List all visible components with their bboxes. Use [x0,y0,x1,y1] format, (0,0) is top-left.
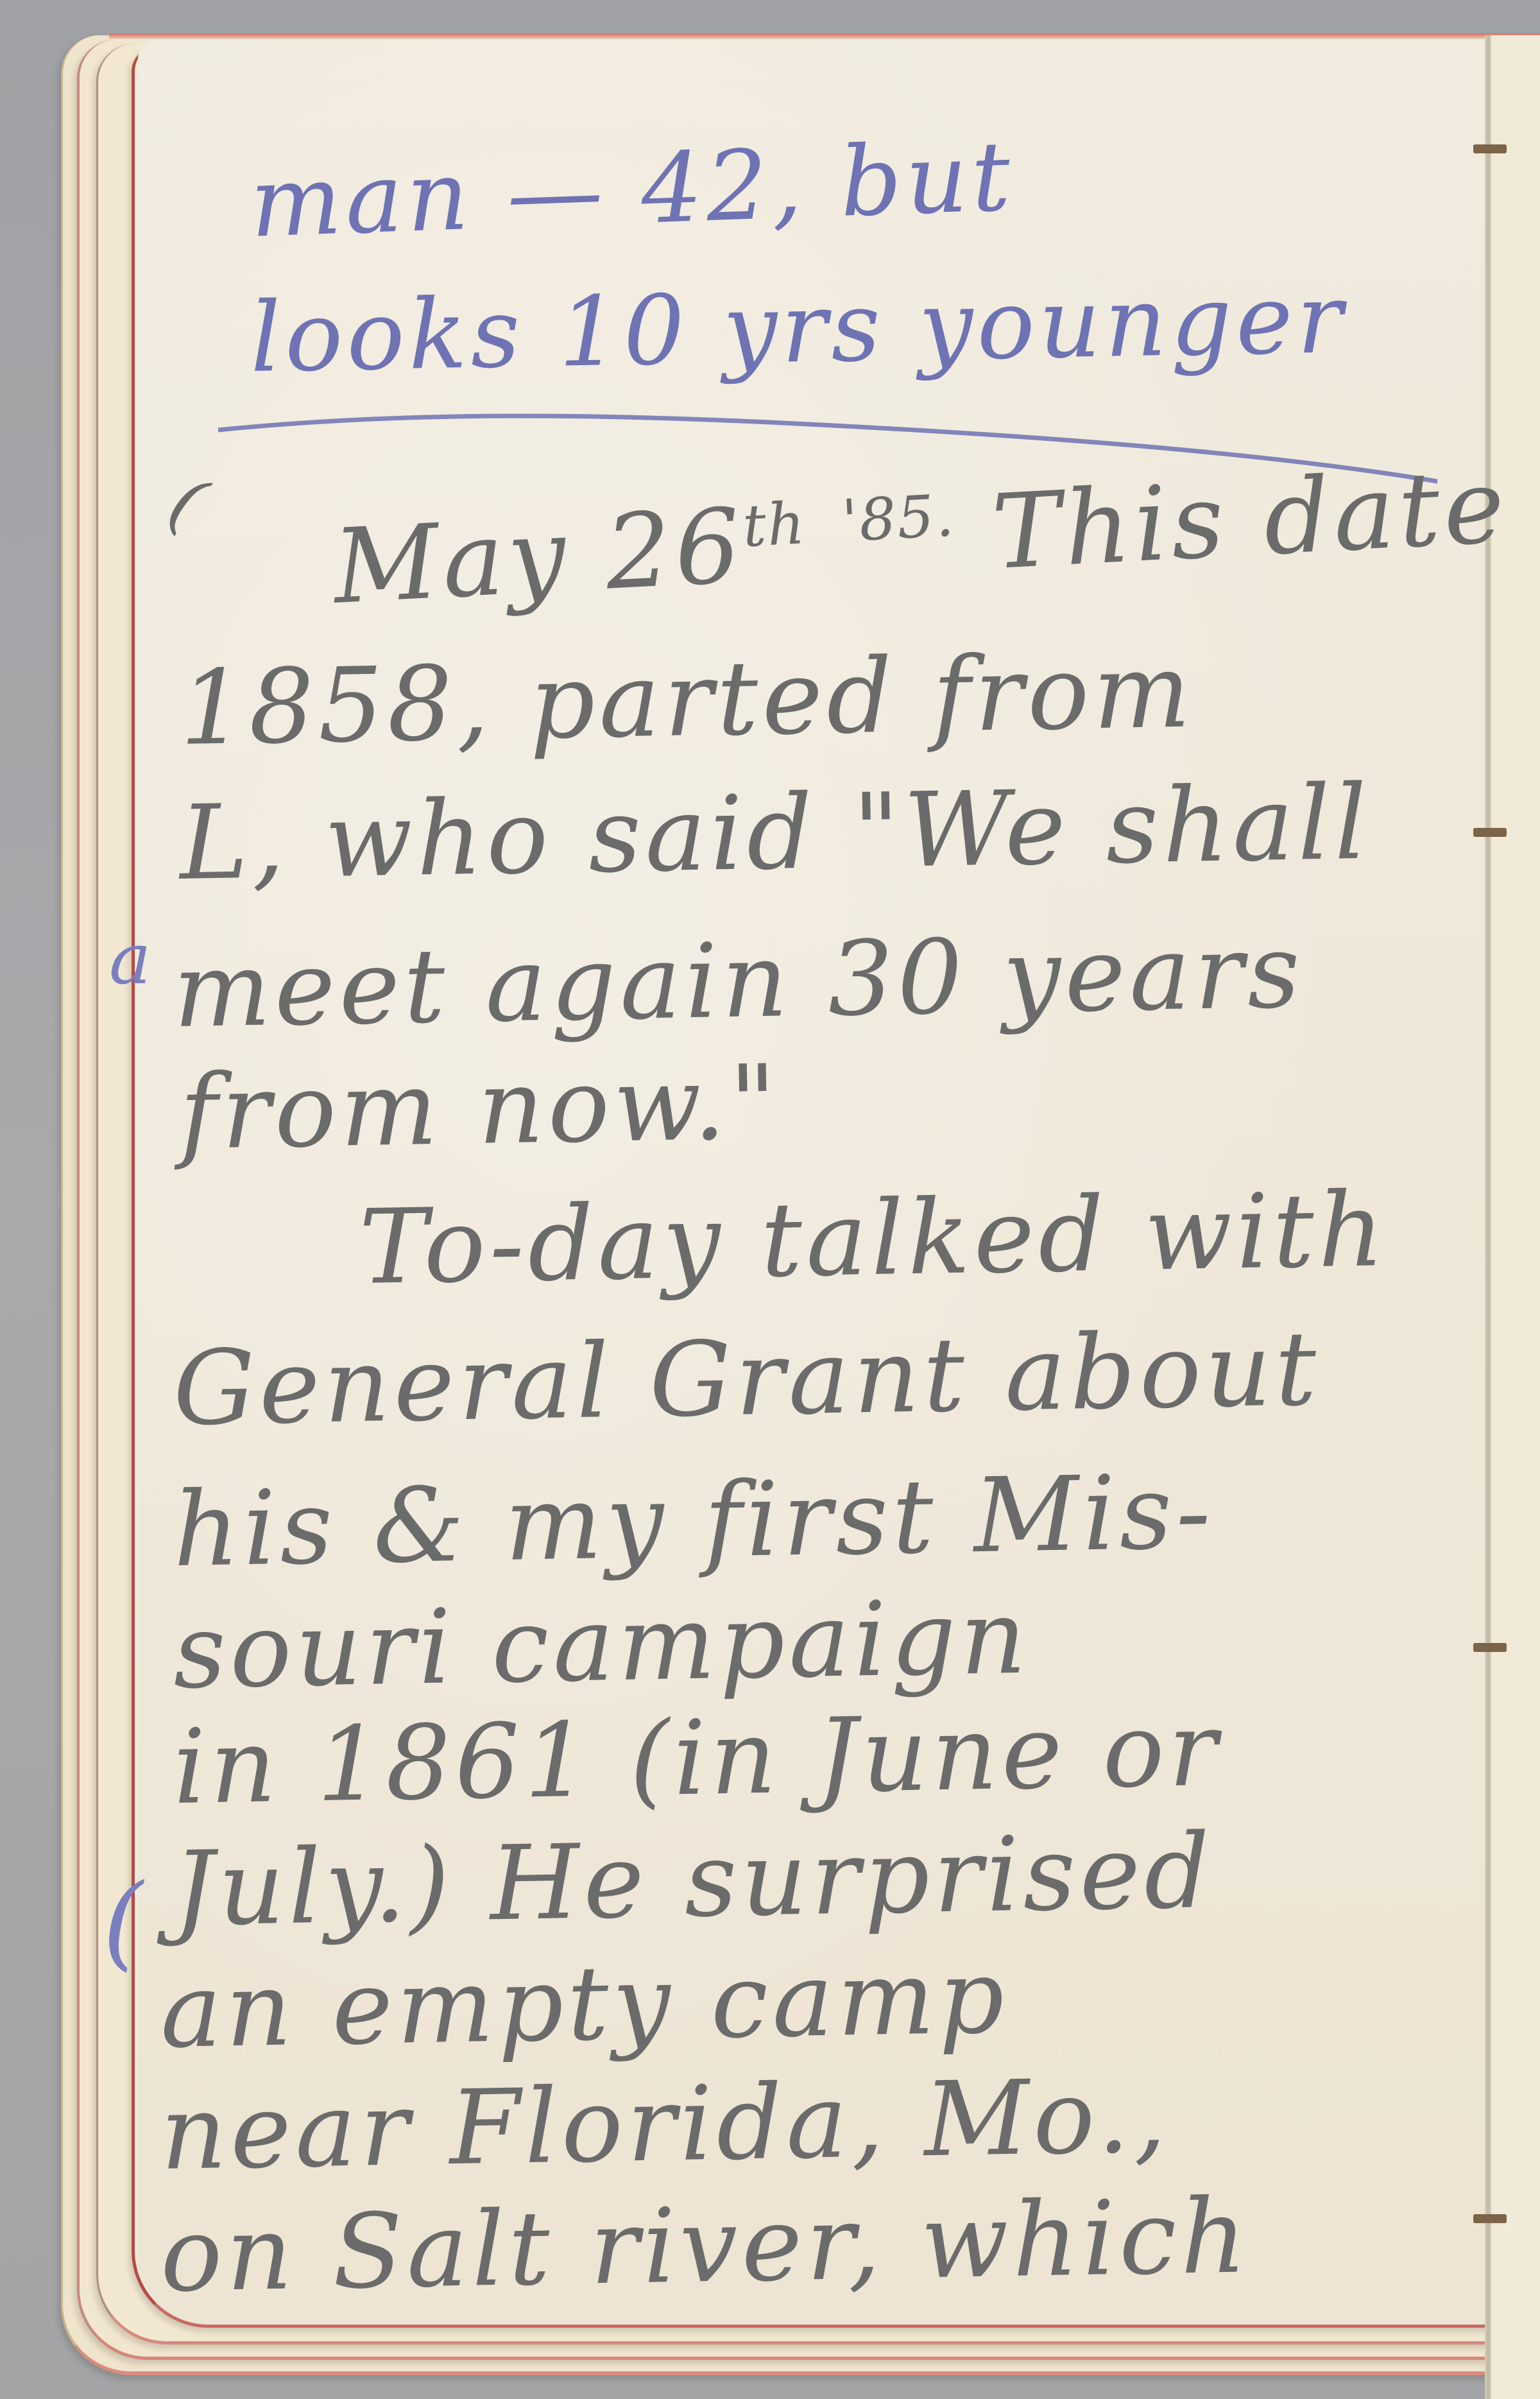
entry-line: an empty camp [159,1936,1009,2071]
entry-line: from now." [178,1042,782,1173]
entry-line: souri campaign [172,1577,1031,1712]
binding-stitch-icon [1473,2214,1507,2223]
entry-line: To-day talked with [358,1169,1389,1307]
entry-date-suffix: th [741,490,808,560]
red-top-edge [109,33,1540,39]
binding-gutter [1485,35,1491,2399]
binding-stitch-icon [1473,144,1507,153]
entry-line: General Grant about [172,1309,1321,1449]
entry-line: meet again 30 years [172,911,1305,1051]
entry-line: July.) He surprised [172,1811,1215,1949]
entry-line: his & my first Mis- [172,1452,1215,1590]
margin-blue-mark: a [109,918,151,1000]
entry-year-insert: '85. [841,482,957,555]
entry-line: near Florida, Mo., [159,2056,1170,2193]
entry-line: on Salt river, which [159,2176,1251,2315]
facing-page-edge [1491,35,1540,2399]
blue-note-line-2: looks 10 yrs younger [249,263,1347,394]
binding-stitch-icon [1473,828,1507,837]
entry-line: 1858, parted from [178,630,1195,768]
binding-stitch-icon [1473,1643,1507,1652]
entry-line: L, who said "We shall [178,762,1372,903]
entry-date: May 26 [330,486,747,627]
margin-blue-mark: ( [103,1861,142,1981]
entry-line: in 1861 (in June or [172,1689,1222,1827]
